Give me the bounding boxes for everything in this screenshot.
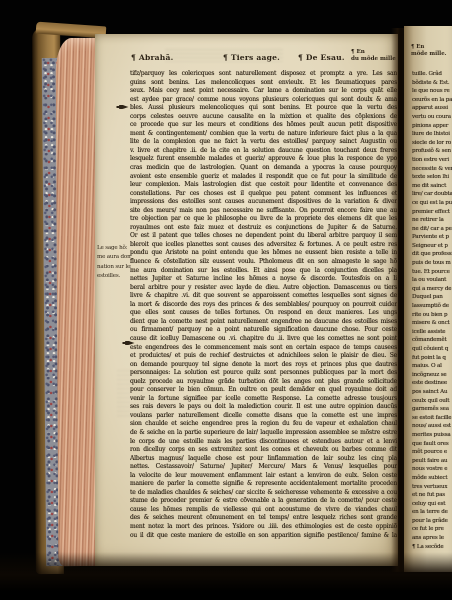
text-line: ce fut le pre: [412, 525, 452, 534]
right-page-text: tuille. Grãdbõdiste & Est.le que nous re…: [412, 70, 452, 570]
text-line: fut point la q: [412, 354, 452, 363]
text-line: rite ou bien p: [412, 311, 452, 320]
text-line: bles. Aussi plusieurs melencolicques qui…: [130, 104, 397, 113]
side-note-line: me aura domi: [97, 253, 131, 262]
text-line: lesquelz furent ensemble malades et guer…: [130, 155, 397, 164]
text-line: ans apres le: [412, 534, 452, 543]
text-line: ne dit/ car a pe: [412, 225, 452, 234]
text-line: premier effect: [412, 208, 452, 217]
running-head-tiers-aage: ¶ Tiers aage.: [223, 53, 280, 62]
text-line: en la terre de: [412, 508, 452, 517]
text-line: se estoit facille: [412, 414, 452, 423]
text-line: incõgneuz se: [412, 371, 452, 380]
text-line: cras medicin que de lastrologien. Quant …: [130, 164, 397, 173]
text-line: la mort & discorde des roys des princes …: [130, 301, 397, 310]
book-photo: ¶ Abrahã. ¶ Tiers aage. ¶ De Esau. ¶ En …: [0, 0, 452, 600]
right-page-sliver: ¶ En mõde mille. tuille. Grãdbõdiste & E…: [404, 26, 452, 572]
text-line: siecle de lor ro: [412, 139, 452, 148]
text-line: ceulx quil oult: [412, 397, 452, 406]
text-line: nous/ aussi est: [412, 422, 452, 431]
text-line: ment notez la mort des princes. Ysidore …: [130, 523, 397, 532]
side-note-line: estoilles.: [97, 272, 131, 281]
text-line: constellations. Par ces choses est il qu…: [130, 190, 397, 199]
text-line: me dit sainct: [412, 182, 452, 191]
text-line: ne retirer la: [412, 216, 452, 225]
text-line: merites puissa: [412, 431, 452, 440]
text-line: maius. O al: [412, 362, 452, 371]
text-line: venir la fortune signifiee par icelle co…: [130, 395, 397, 404]
text-line: necessite & ver: [412, 165, 452, 174]
text-line: est aydee par grace/ comme nous voyons p…: [130, 96, 397, 105]
text-line: nous vostre e: [412, 465, 452, 474]
body-text: tifz/parquoy les colericques sont nature…: [130, 70, 397, 546]
text-line: fluence & cõstellation silz eussent voul…: [130, 258, 397, 267]
text-line: avoient este ensemble gueriz et malades …: [130, 173, 397, 182]
text-line: Albertus magnus/ laquelle chose est pour…: [130, 455, 397, 464]
text-line: bõdiste & Est.: [412, 79, 452, 88]
text-line: personnaiges: La solution est pource qui…: [130, 369, 397, 378]
text-line: le corps de une estoille mais les partie…: [130, 438, 397, 447]
text-line: cause dit icelluy Damascene ou .vi. chap…: [130, 335, 397, 344]
text-line: ron dicelluy corps en ses extremitez son…: [130, 446, 397, 455]
text-line: et ne fut pas: [412, 491, 452, 500]
text-line: ce qui est la pu: [412, 199, 452, 208]
text-line: seux. Mais cecy nest point necessaire. C…: [130, 87, 397, 96]
text-line: nettes Jupiter et Saturne incline les hõ…: [130, 275, 397, 284]
text-line: cause les hõmes remplis de viellesse qui…: [130, 506, 397, 515]
text-line: maniere de parler la comette signifie & …: [130, 480, 397, 489]
text-line: cõmandemẽt: [412, 336, 452, 345]
text-line: ses rais devers le pays ou doit la maled…: [130, 403, 397, 412]
text-line: des & seiches meurent cõmunement en tel …: [130, 514, 397, 523]
text-line: Seigneur et p: [412, 242, 452, 251]
text-line: guins sont benins. Les melencolicques so…: [130, 79, 397, 88]
text-line: tifz/parquoy les colericques sont nature…: [130, 70, 397, 79]
text-line: sion chaulde et seiche engendree pres la…: [130, 420, 397, 429]
manicule-icon: [116, 103, 129, 111]
text-line: Parviente et p: [412, 233, 452, 242]
text-line: le que nous re: [412, 87, 452, 96]
margin-year-note: ¶ En mõde mille.: [411, 44, 451, 57]
text-line: v. livre et chapitre .ii. de la cite en …: [130, 147, 397, 156]
text-line: ment & contingentement/ combien que la v…: [130, 130, 397, 139]
text-line: Or est il patent que telles choses ne de…: [130, 232, 397, 241]
text-line: corps celestes oeuvre aucune causalite e…: [130, 113, 397, 122]
text-line: garnemẽs sea: [412, 405, 452, 414]
page-edge-stack: [56, 38, 100, 566]
text-line: este engendrees des le commencement mais…: [130, 344, 397, 353]
text-line: ou il dit que ceste maniere de estoille …: [130, 532, 397, 541]
text-line: apparut aussi: [412, 104, 452, 113]
text-line: qui a mercy de: [412, 285, 452, 294]
text-line: site des meurs/ mais non pas necessaire …: [130, 207, 397, 216]
text-line: lite de la complexion que ne faict la ve…: [130, 138, 397, 147]
text-line: pondu que Aristote na point entendu que …: [130, 249, 397, 258]
text-line: vertu ou coura: [412, 113, 452, 122]
margin-year-note-line: mõde mille.: [411, 51, 451, 58]
side-note-line: Le sage hõ:: [97, 244, 131, 253]
text-line: tre objection par ce que le philosophe o…: [130, 215, 397, 224]
text-line: la ou voulant: [412, 276, 452, 285]
text-line: Duquel pan: [412, 293, 452, 302]
text-line: dient que la comette nest point naturell…: [130, 318, 397, 327]
text-line: quelz procede au royaulme grãde turbatio…: [130, 378, 397, 387]
text-line: que fault ores: [412, 440, 452, 449]
text-line: que elles sont causes de telles fortunes…: [130, 309, 397, 318]
side-note-sage-domination: Le sage hõ:me aura domination sur lesest…: [97, 244, 131, 282]
text-line: impressions des estoilles sont causes au…: [130, 198, 397, 207]
text-line: puis de tous m: [412, 259, 452, 268]
text-line: celuy qui est: [412, 500, 452, 509]
text-line: tuille. Grãd: [412, 70, 452, 79]
text-line: de & seiche en la partie superieure de l…: [130, 429, 397, 438]
text-line: pour conserver le bien cõmun. En oultre …: [130, 386, 397, 395]
text-line: mõde subiect: [412, 474, 452, 483]
text-line: la velocite de leur mouvement enflamment…: [130, 472, 397, 481]
text-line: ceurõs en la pa: [412, 96, 452, 105]
left-page: ¶ Abrahã. ¶ Tiers aage. ¶ De Esau. ¶ En …: [95, 34, 398, 566]
text-line: livre & chapitre .vi. dit que souvent se…: [130, 292, 397, 301]
text-line: lassumptiõ de: [412, 302, 452, 311]
text-line: quil cõuient q: [412, 345, 452, 354]
running-head-abraham: ¶ Abrahã.: [131, 53, 173, 62]
text-line: me aura domination sur les estoilles. Et…: [130, 267, 397, 276]
text-line: este destinee: [412, 379, 452, 388]
text-line: te de maladies chauldes & seiches/ car s…: [130, 489, 397, 498]
shadow: [0, 552, 452, 600]
text-line: tion estre veri: [412, 156, 452, 165]
text-line: leur complexion. Mais lastrologien dist …: [130, 181, 397, 190]
text-line: dit que professiõ: [412, 250, 452, 259]
text-line: pour la grãde: [412, 517, 452, 526]
text-line: lire/ car doubta: [412, 190, 452, 199]
text-line: liure de lhistoi: [412, 130, 452, 139]
side-note-line: nation sur les: [97, 263, 131, 272]
text-line: pos sainct Au: [412, 388, 452, 397]
text-line: icelle assiste: [412, 328, 452, 337]
text-line: beral arbitre pour y resister avec layde…: [130, 284, 397, 293]
running-head-de-esau: ¶ De Esau.: [298, 53, 345, 62]
text-line: profusiõ & sen: [412, 147, 452, 156]
text-line: ou firmament/ parquoy ne a point naturel…: [130, 326, 397, 335]
text-line: nettes. Cestassavoir/ Saturne/ Jupiter/ …: [130, 463, 397, 472]
text-line: on demande pourquoy tel signe denote la …: [130, 361, 397, 370]
text-line: tue. Et pource: [412, 268, 452, 277]
text-line: texte selon lhi: [412, 173, 452, 182]
text-line: mẽt pource e: [412, 448, 452, 457]
text-line: ¶ La secõde: [412, 543, 452, 552]
text-line: misere & onct: [412, 319, 452, 328]
margin-year-note-line: ¶ En: [411, 44, 451, 51]
text-line: pinions apper: [412, 122, 452, 131]
text-line: ce procede que sur les meurs et conditio…: [130, 121, 397, 130]
text-line: bleroit que icelles planettes sont cause…: [130, 241, 397, 250]
text-line: et produictes/ et puis de rechief destru…: [130, 352, 397, 361]
text-line: tres vertueux: [412, 483, 452, 492]
text-line: peult faire au: [412, 457, 452, 466]
text-line: royaulmes ont este faiz muez et destruiz…: [130, 224, 397, 233]
text-line: voulans parler naturellement dicelle com…: [130, 412, 397, 421]
text-line: stume de proceder premier & estre cõvena…: [130, 497, 397, 506]
